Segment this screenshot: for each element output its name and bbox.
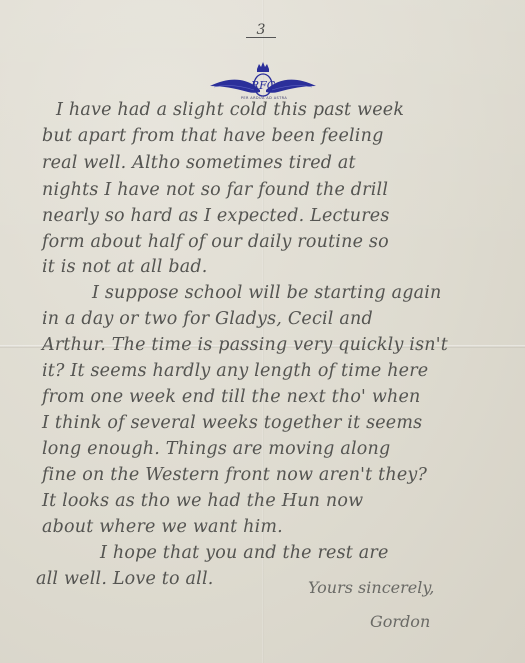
letter-line: Arthur. The time is passing very quickly… [42,335,448,355]
letter-line: from one week end till the next tho' whe… [42,387,421,407]
svg-text:RFC: RFC [250,79,276,92]
letter-line: It looks as tho we had the Hun now [42,491,363,511]
letter-line: I have had a slight cold this past week [56,100,404,120]
letter-line: but apart from that have been feeling [42,126,383,146]
letter-line: it is not at all bad. [42,257,208,277]
letter-page: 3 RFC PER ARDUA AD ASTRA I have had a sl… [0,0,525,663]
letter-line: I suppose school will be starting again [92,283,442,303]
letter-line: real well. Altho sometimes tired at [42,153,356,173]
letter-line: in a day or two for Gladys, Cecil and [42,309,373,329]
letter-line: I think of several weeks together it see… [42,413,422,433]
signature: Gordon [370,612,430,631]
letter-line: form about half of our daily routine so [42,232,389,252]
letter-line: it? It seems hardly any length of time h… [42,361,428,381]
page-number: 3 [246,23,276,38]
letter-closing: Yours sincerely, [308,578,434,597]
letter-line: nearly so hard as I expected. Lectures [42,206,390,226]
letter-line: nights I have not so far found the drill [42,180,388,200]
letter-line: I hope that you and the rest are [100,543,389,563]
letter-line: long enough. Things are moving along [42,439,390,459]
letter-line: about where we want him. [42,517,283,537]
letter-line: fine on the Western front now aren't the… [42,465,427,485]
letter-line: all well. Love to all. [36,569,214,589]
